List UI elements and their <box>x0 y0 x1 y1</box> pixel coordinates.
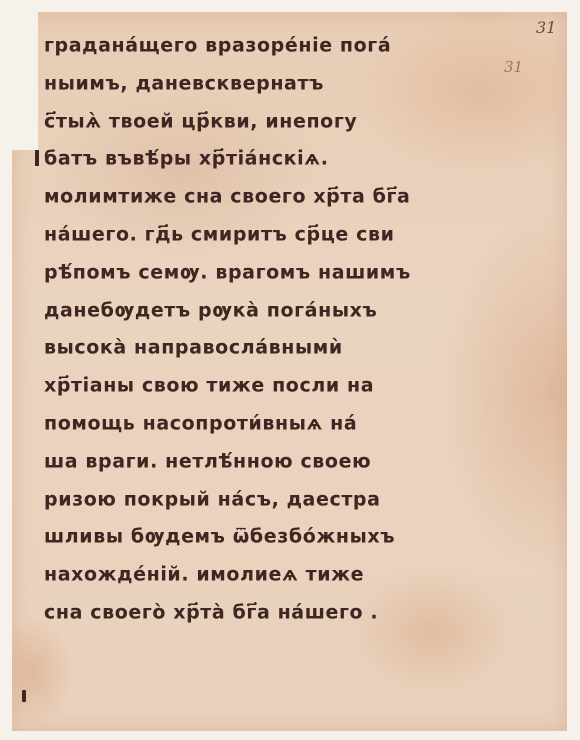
text-line: батъ въвѣ́ры хр҃тіа́нскіѧ. <box>44 139 464 179</box>
text-line: на́шего. гд҃ь смиритъ ср҃це сви <box>44 215 464 255</box>
folio-stamp: 31 <box>504 58 523 76</box>
text-line: ризою покрый на́съ, даестра <box>44 480 464 520</box>
text-line: сна своего̀ хр҃та̀ бг҃а на́шего . <box>44 593 464 633</box>
text-line: рѣ́помъ семѹ. врагомъ нашимъ <box>44 253 464 293</box>
page-corner-notch <box>12 12 38 150</box>
text-line: градана́щего вразоре́ніе пога́ <box>44 26 464 66</box>
text-line: ныимъ, даневсквернатъ <box>44 64 464 104</box>
text-line: шливы бѹдемъ ѿбезбо́жныхъ <box>44 517 464 557</box>
text-line: ша враги. нетлѣ́нною своею <box>44 442 464 482</box>
text-line: высока̀ направосла́внымѝ <box>44 328 464 368</box>
manuscript-text: градана́щего вразоре́ніе пога́ ныимъ, да… <box>44 27 464 632</box>
margin-mark-top <box>35 150 39 166</box>
text-line: данебѹдетъ рѹка̀ пога́ныхъ <box>44 291 464 331</box>
folio-number: 31 <box>536 18 556 37</box>
text-line: помощь насопроти́вныѧ на́ <box>44 404 464 444</box>
text-line: нахожде́ній. имолиеѧ тиже <box>44 555 464 595</box>
margin-mark-bottom <box>22 690 26 702</box>
text-line: с҃тыѧ̀ твоей цр҃кви, инепогу <box>44 102 464 142</box>
text-line: молимтиже сна своего хр҃та бг҃а <box>44 177 464 217</box>
text-line: хр҃тіаны свою тиже посли на <box>44 366 464 406</box>
